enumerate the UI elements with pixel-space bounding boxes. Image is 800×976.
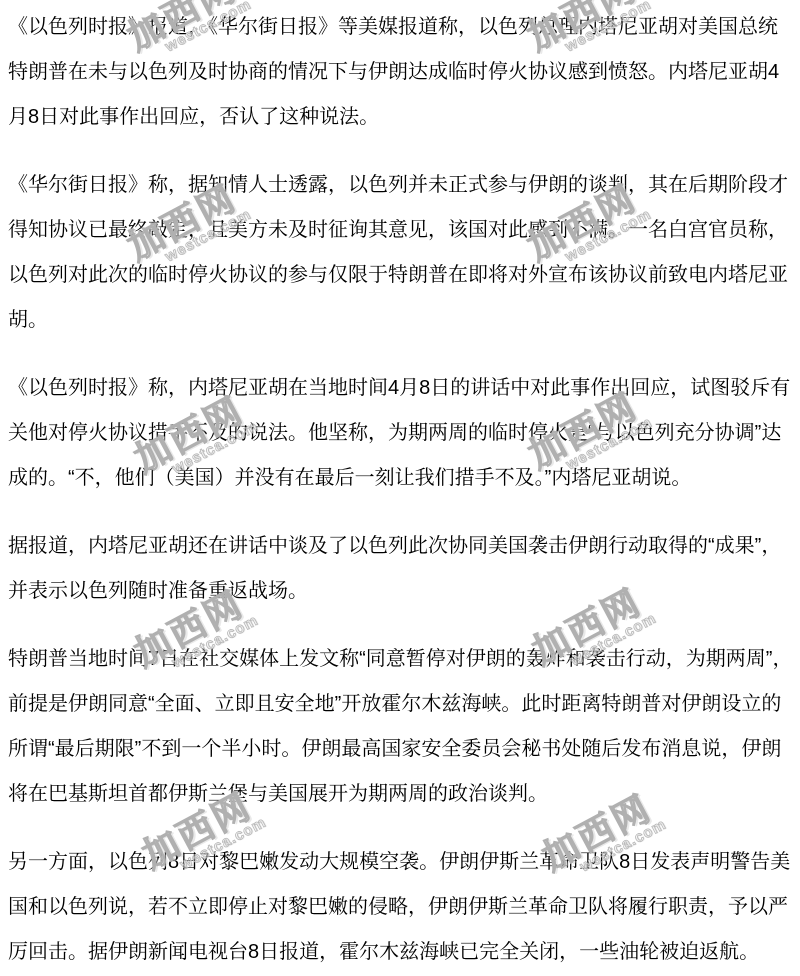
article-paragraph: 据报道，内塔尼亚胡还在讲话中谈及了以色列此次协同美国袭击伊朗行动取得的“成果”，…: [8, 524, 794, 614]
article-paragraph: 特朗普当地时间7日在社交媒体上发文称“同意暂停对伊朗的轰炸和袭击行动，为期两周”…: [8, 637, 794, 817]
article-body: 《以色列时报》报道，《华尔街日报》等美媒报道称，以色列总理内塔尼亚胡对美国总统特…: [0, 0, 800, 975]
article-paragraph: 《华尔街日报》称，据知情人士透露，以色列并未正式参与伊朗的谈判，其在后期阶段才得…: [8, 163, 794, 343]
article-page: 《以色列时报》报道，《华尔街日报》等美媒报道称，以色列总理内塔尼亚胡对美国总统特…: [0, 0, 800, 976]
article-paragraph: 另一方面，以色列8日对黎巴嫩发动大规模空袭。伊朗伊斯兰革命卫队8日发表声明警告美…: [8, 840, 794, 975]
article-paragraph: 《以色列时报》称，内塔尼亚胡在当地时间4月8日的讲话中对此事作出回应，试图驳斥有…: [8, 366, 794, 501]
article-paragraph: 《以色列时报》报道，《华尔街日报》等美媒报道称，以色列总理内塔尼亚胡对美国总统特…: [8, 5, 794, 140]
